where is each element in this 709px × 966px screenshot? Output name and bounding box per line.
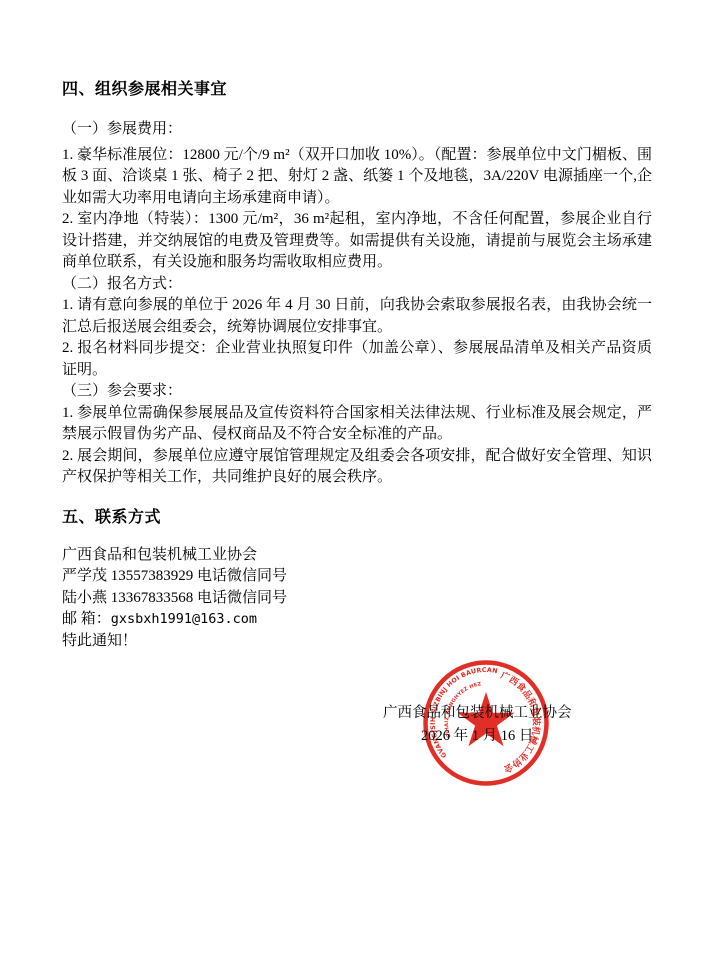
contact-org-name: 广西食品和包装机械工业协会	[62, 545, 652, 567]
official-seal-stamp: GVANGJSIH SIZBINJ HOI BAURCANGH/ 广西食品和包装…	[401, 638, 571, 808]
section-4-heading: 四、组织参展相关事宜	[62, 79, 652, 100]
contact-person-1: 严学茂 13557383929 电话微信同号	[62, 566, 652, 588]
signature-org: 广西食品和包装机械工业协会	[383, 705, 572, 722]
email-address: gxsbxh1991@163.com	[111, 611, 257, 627]
contact-email-line: 邮 箱：gxsbxh1991@163.com	[62, 609, 652, 631]
section-5-heading: 五、联系方式	[62, 507, 652, 528]
subheading-fees: （一）参展费用：	[62, 119, 652, 141]
paragraph-booth-raw: 2. 室内净地（特装）：1300 元/m²，36 m²起租，室内净地，不含任何配…	[62, 209, 652, 274]
document-body: 四、组织参展相关事宜 （一）参展费用： 1. 豪华标准展位：12800 元/个/…	[62, 79, 652, 652]
notice-line: 特此通知！	[62, 631, 652, 653]
paragraph-requirement-2: 2. 展会期间，参展单位应遵守展馆管理规定及组委会各项安排，配合做好安全管理、知…	[62, 446, 652, 489]
signature-date: 2026 年 1 月 16 日	[421, 728, 533, 745]
contact-person-2: 陆小燕 13367833568 电话微信同号	[62, 588, 652, 610]
paragraph-booth-standard: 1. 豪华标准展位：12800 元/个/9 m²（双开口加收 10%）。（配置：…	[62, 145, 652, 210]
email-label: 邮 箱：	[62, 611, 111, 627]
paragraph-registration-2: 2. 报名材料同步提交：企业营业执照复印件（加盖公章）、参展展品清单及相关产品资…	[62, 338, 652, 381]
subheading-registration: （二）报名方式：	[62, 274, 652, 296]
paragraph-registration-1: 1. 请有意向参展的单位于 2026 年 4 月 30 日前，向我协会索取参展报…	[62, 295, 652, 338]
paragraph-requirement-1: 1. 参展单位需确保参展展品及宣传资料符合国家相关法律法规、行业标准及展会规定，…	[62, 403, 652, 446]
document-page: 四、组织参展相关事宜 （一）参展费用： 1. 豪华标准展位：12800 元/个/…	[0, 0, 709, 966]
subheading-requirements: （三）参会要求：	[62, 381, 652, 403]
